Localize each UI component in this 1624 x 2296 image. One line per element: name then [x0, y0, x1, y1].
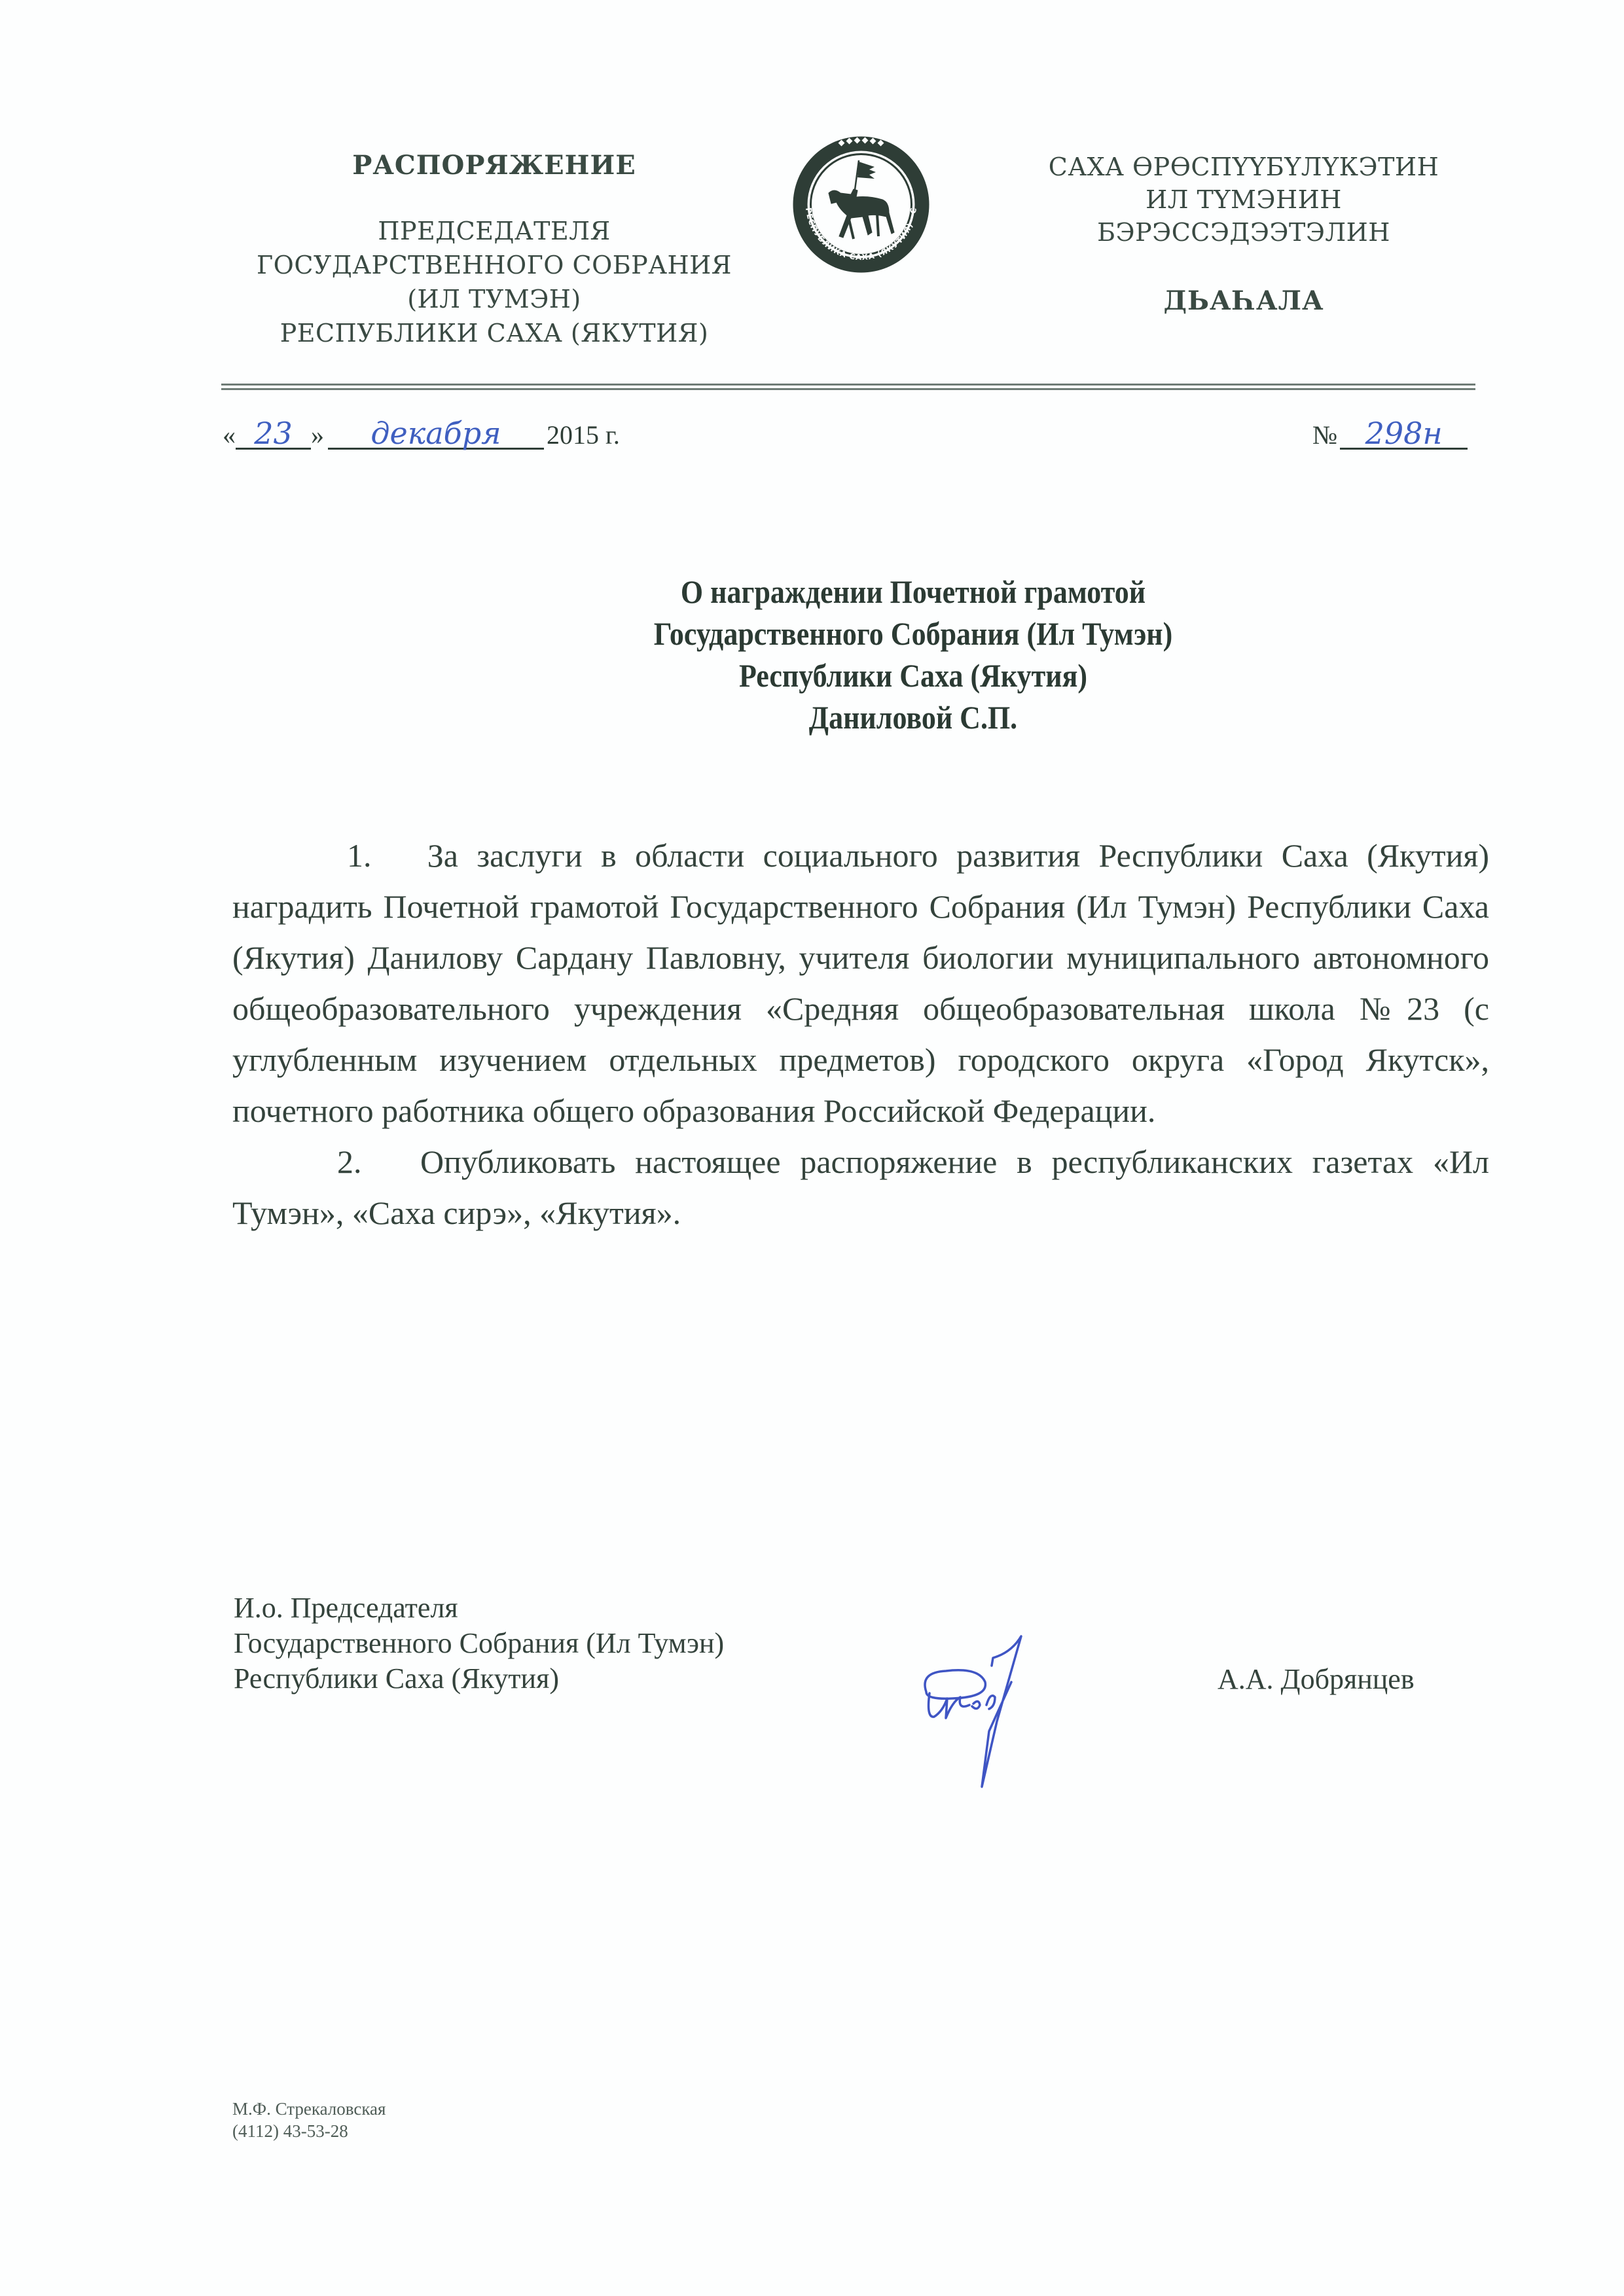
subject-line-3: Республики Саха (Якутия): [513, 655, 1313, 696]
position-line-2: Государственного Собрания (Ил Тумэн): [234, 1626, 724, 1661]
date-close-quote: »: [311, 420, 324, 450]
number-value-handwritten: 298н: [1340, 419, 1468, 450]
number-label: №: [1312, 420, 1337, 450]
document-subject: О награждении Почетной грамотой Государс…: [513, 571, 1313, 738]
issuer-sakha-line-3: БЭРЭССЭДЭЭТЭЛИН: [982, 216, 1506, 249]
subject-line-4: Даниловой С.П.: [513, 696, 1313, 738]
body-item-1: 1. За заслуги в области социального разв…: [232, 830, 1489, 1136]
header-right-block: САХА ӨРӨСПҮҮБҮЛҮКЭТИН ИЛ ТҮМЭНИН БЭРЭССЭ…: [982, 151, 1506, 319]
coat-of-arms-horseman-icon: РЕСПУБЛИКА САХА (ЯКУТИЯ) · САХА РЕСПУБЛИ…: [791, 134, 931, 275]
header-left-block: РАСПОРЯЖЕНИЕ ПРЕДСЕДАТЕЛЯ ГОСУДАРСТВЕННО…: [216, 147, 772, 350]
item-text: За заслуги в области социального развити…: [232, 837, 1489, 1129]
document-body: 1. За заслуги в области социального разв…: [232, 830, 1489, 1238]
position-line-1: И.о. Председателя: [234, 1590, 724, 1626]
signatory-name: А.А. Добрянцев: [1218, 1662, 1415, 1696]
date-year: 2015 г.: [547, 420, 620, 450]
subject-line-2: Государственного Собрания (Ил Тумэн): [513, 613, 1313, 655]
executor-name: М.Ф. Стрекаловская: [232, 2098, 386, 2120]
item-text: Опубликовать настоящее распоряжение в ре…: [232, 1143, 1489, 1231]
signatory-position: И.о. Председателя Государственного Собра…: [234, 1590, 724, 1696]
issuer-sakha-line-1: САХА ӨРӨСПҮҮБҮЛҮКЭТИН: [982, 151, 1506, 183]
document-date: «23»декабря2015 г.: [223, 419, 620, 450]
item-number: 1.: [347, 837, 372, 874]
header-divider: [221, 384, 1475, 390]
issuer-line-4: РЕСПУБЛИКИ САХА (ЯКУТИЯ): [216, 316, 772, 350]
position-line-3: Республики Саха (Якутия): [234, 1661, 724, 1696]
executor-phone: (4112) 43-53-28: [232, 2120, 386, 2142]
issuer-sakha-line-2: ИЛ ТҮМЭНИН: [982, 183, 1506, 216]
date-day-handwritten: 23: [236, 419, 311, 450]
handwritten-signature-icon: [907, 1620, 1129, 1810]
issuer-line-1: ПРЕДСЕДАТЕЛЯ: [216, 214, 772, 248]
body-item-2: 2. Опубликовать настоящее распоряжение в…: [232, 1136, 1489, 1238]
item-number: 2.: [337, 1143, 362, 1180]
subject-line-1: О награждении Почетной грамотой: [513, 571, 1313, 613]
date-month-handwritten: декабря: [328, 419, 544, 450]
document-type-title-sakha: ДЬАҺАЛА: [982, 283, 1506, 319]
document-type-title: РАСПОРЯЖЕНИЕ: [216, 147, 772, 184]
date-open-quote: «: [223, 420, 236, 450]
issuer-line-3: (ИЛ ТУМЭН): [216, 282, 772, 316]
issuer-line-2: ГОСУДАРСТВЕННОГО СОБРАНИЯ: [216, 248, 772, 282]
document-number: №298н: [1312, 419, 1468, 450]
executor-info: М.Ф. Стрекаловская (4112) 43-53-28: [232, 2098, 386, 2142]
